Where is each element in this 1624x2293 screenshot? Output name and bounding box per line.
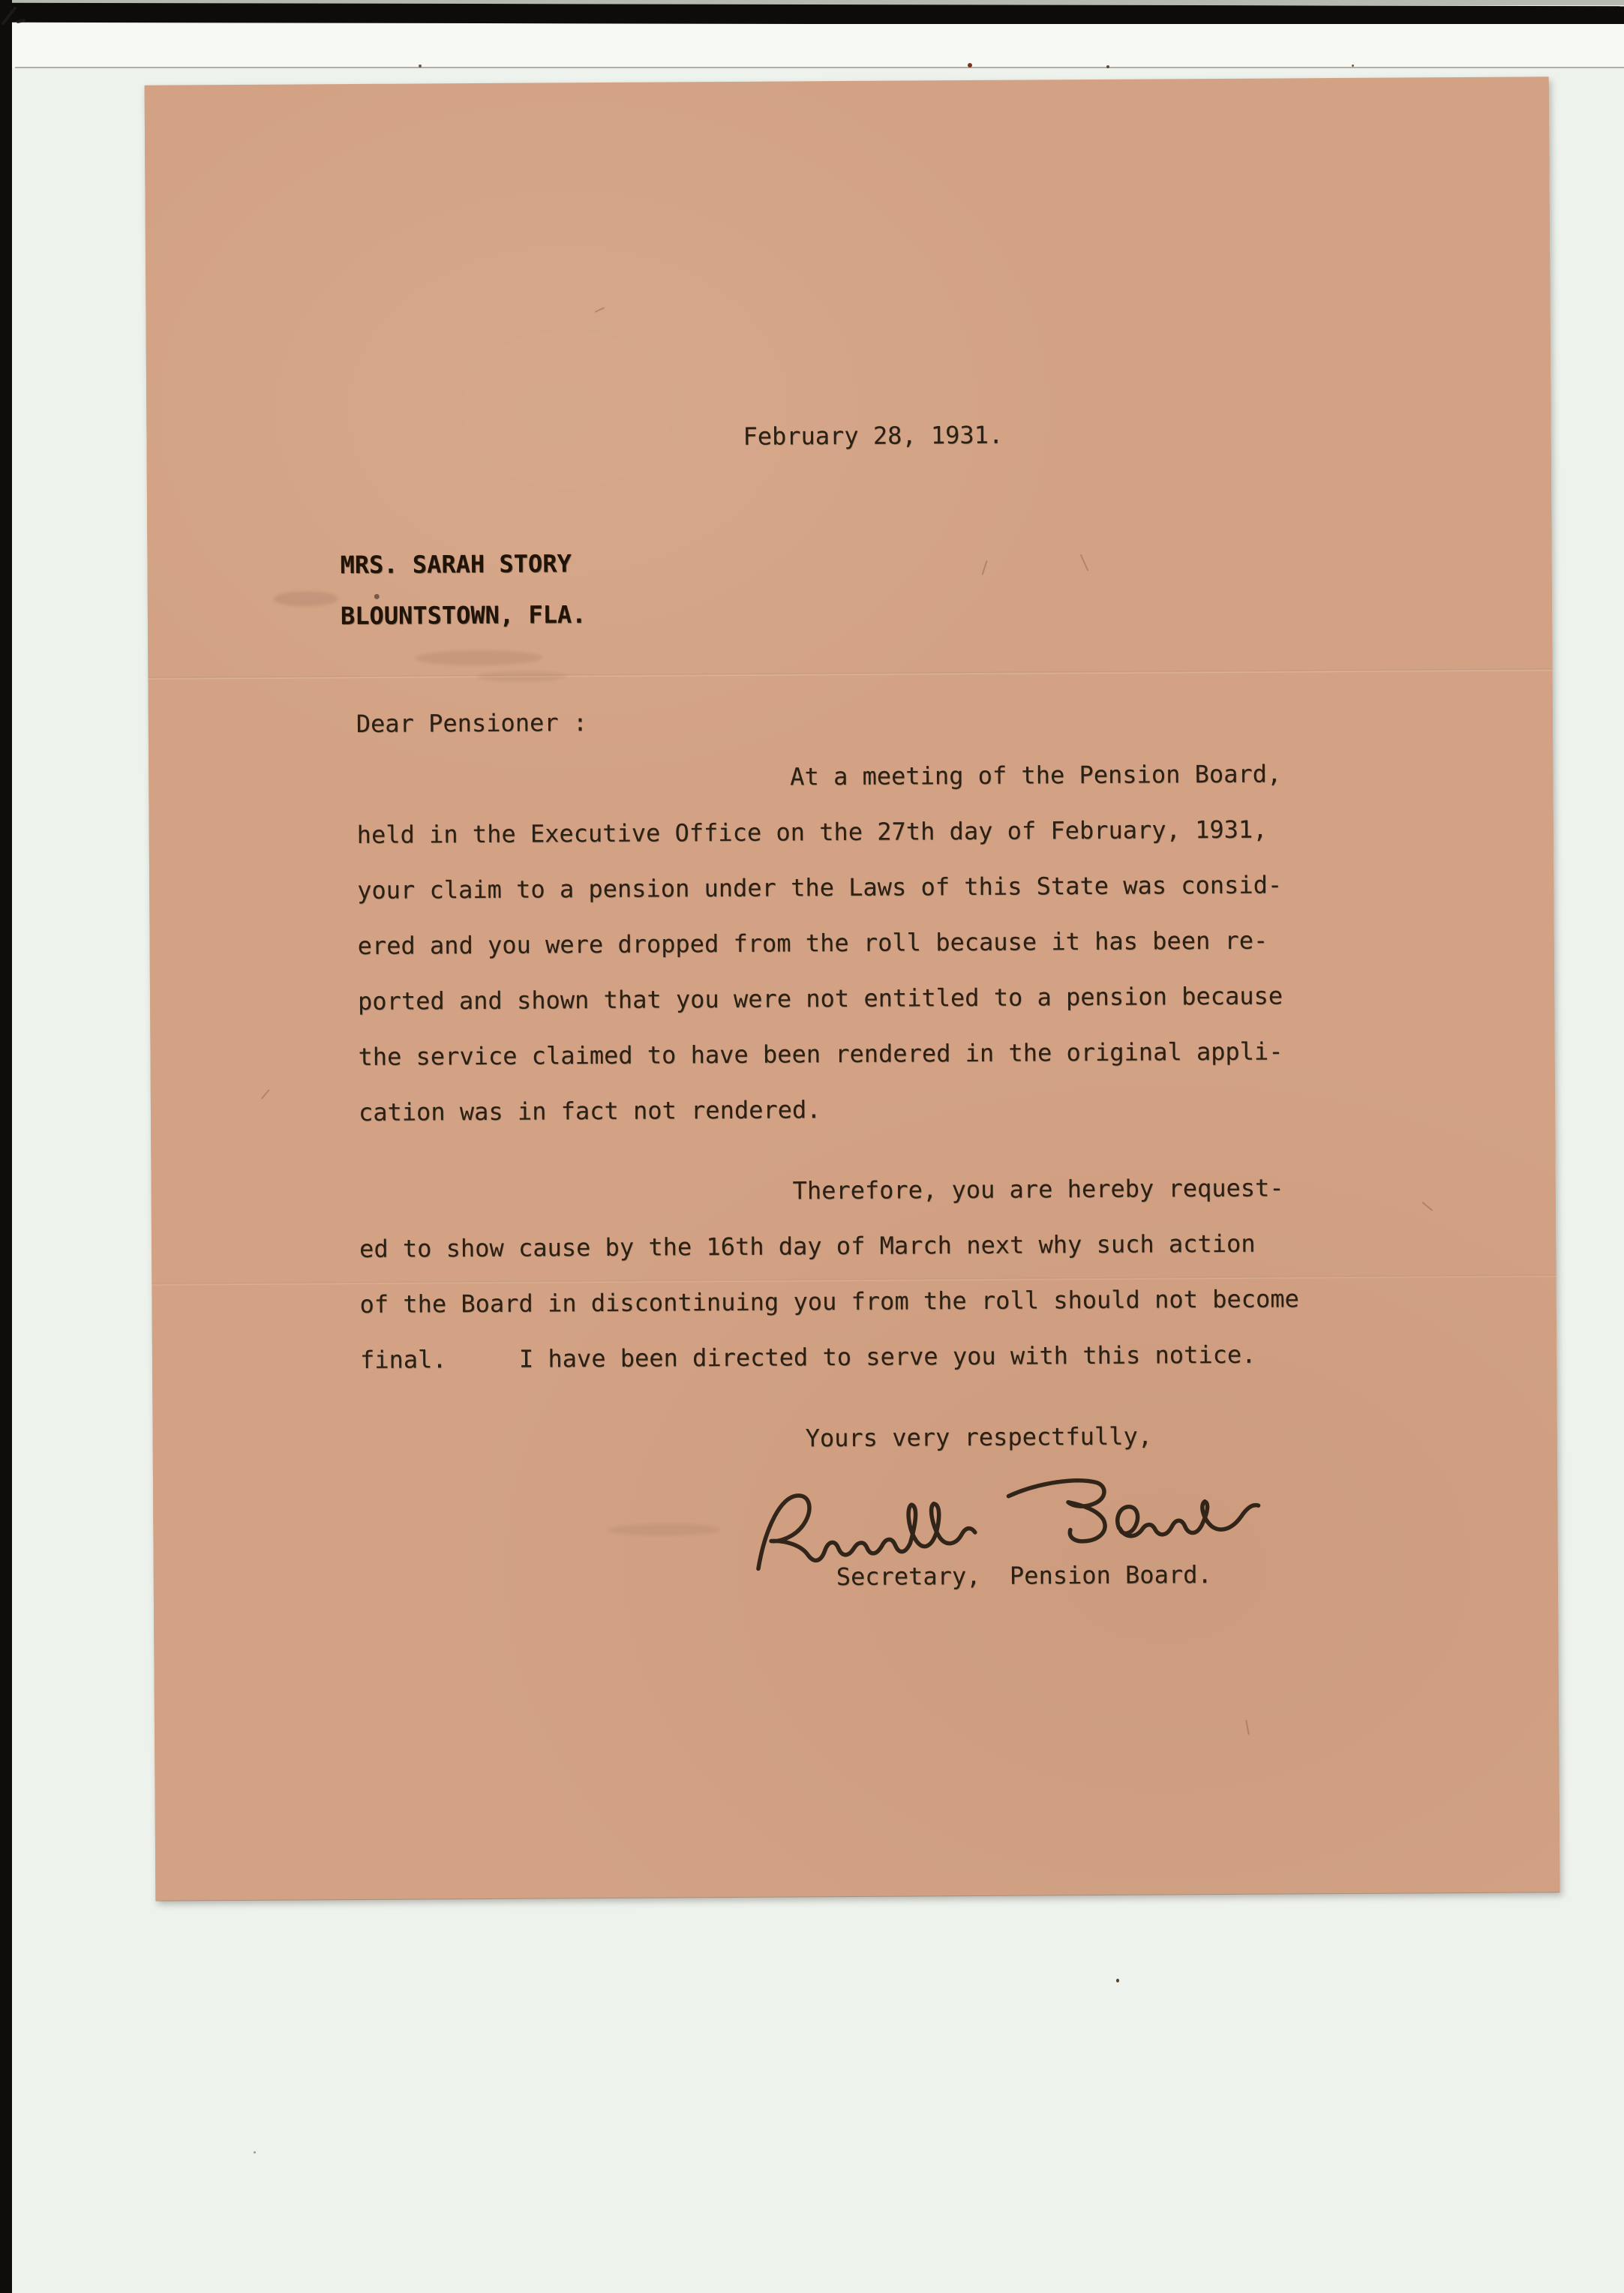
paper-fiber [1245, 1720, 1250, 1735]
closing-line: Yours very respectfully, [806, 1424, 1153, 1451]
letter-sheet: February 28, 1931. MRS. SARAH STORY BLOU… [145, 77, 1560, 1900]
scan-left-edge [0, 0, 12, 2293]
body-paragraph-2: Therefore, you are hereby request- ed to… [359, 1160, 1299, 1388]
scanned-letter-page: February 28, 1931. MRS. SARAH STORY BLOU… [0, 0, 1624, 2293]
paper-fiber [982, 560, 988, 575]
letter-date: February 28, 1931. [743, 423, 1003, 449]
recipient-name: MRS. SARAH STORY [340, 551, 571, 577]
dust-speck [1116, 1979, 1119, 1982]
scanner-backing-band [12, 24, 1624, 68]
dust-speck [1352, 65, 1354, 67]
recipient-address: BLOUNTSTOWN, FLA. [341, 602, 587, 628]
scanner-seam-line [15, 67, 1624, 68]
ghost-text-smudge [476, 671, 566, 682]
paper-fiber [261, 1089, 270, 1100]
dust-speck [419, 65, 422, 68]
ghost-text-smudge [608, 1523, 720, 1536]
ink-dot [374, 594, 380, 599]
fold-crease [148, 668, 1552, 679]
dust-speck [254, 2151, 256, 2153]
dust-speck [968, 63, 972, 68]
ink-smudge [274, 591, 338, 607]
ghost-text-smudge [415, 650, 542, 666]
paper-fiber [1421, 1202, 1433, 1211]
corner-pen-mark [17, 19, 26, 23]
scan-top-edge [0, 3, 1624, 26]
body-paragraph-1: Dear Pensioner : At a meeting of the Pen… [356, 691, 1284, 1141]
signature-title: Secretary, Pension Board. [836, 1562, 1212, 1589]
paper-fiber [595, 307, 605, 313]
paper-fiber [1080, 554, 1089, 572]
dust-speck [1106, 65, 1109, 68]
